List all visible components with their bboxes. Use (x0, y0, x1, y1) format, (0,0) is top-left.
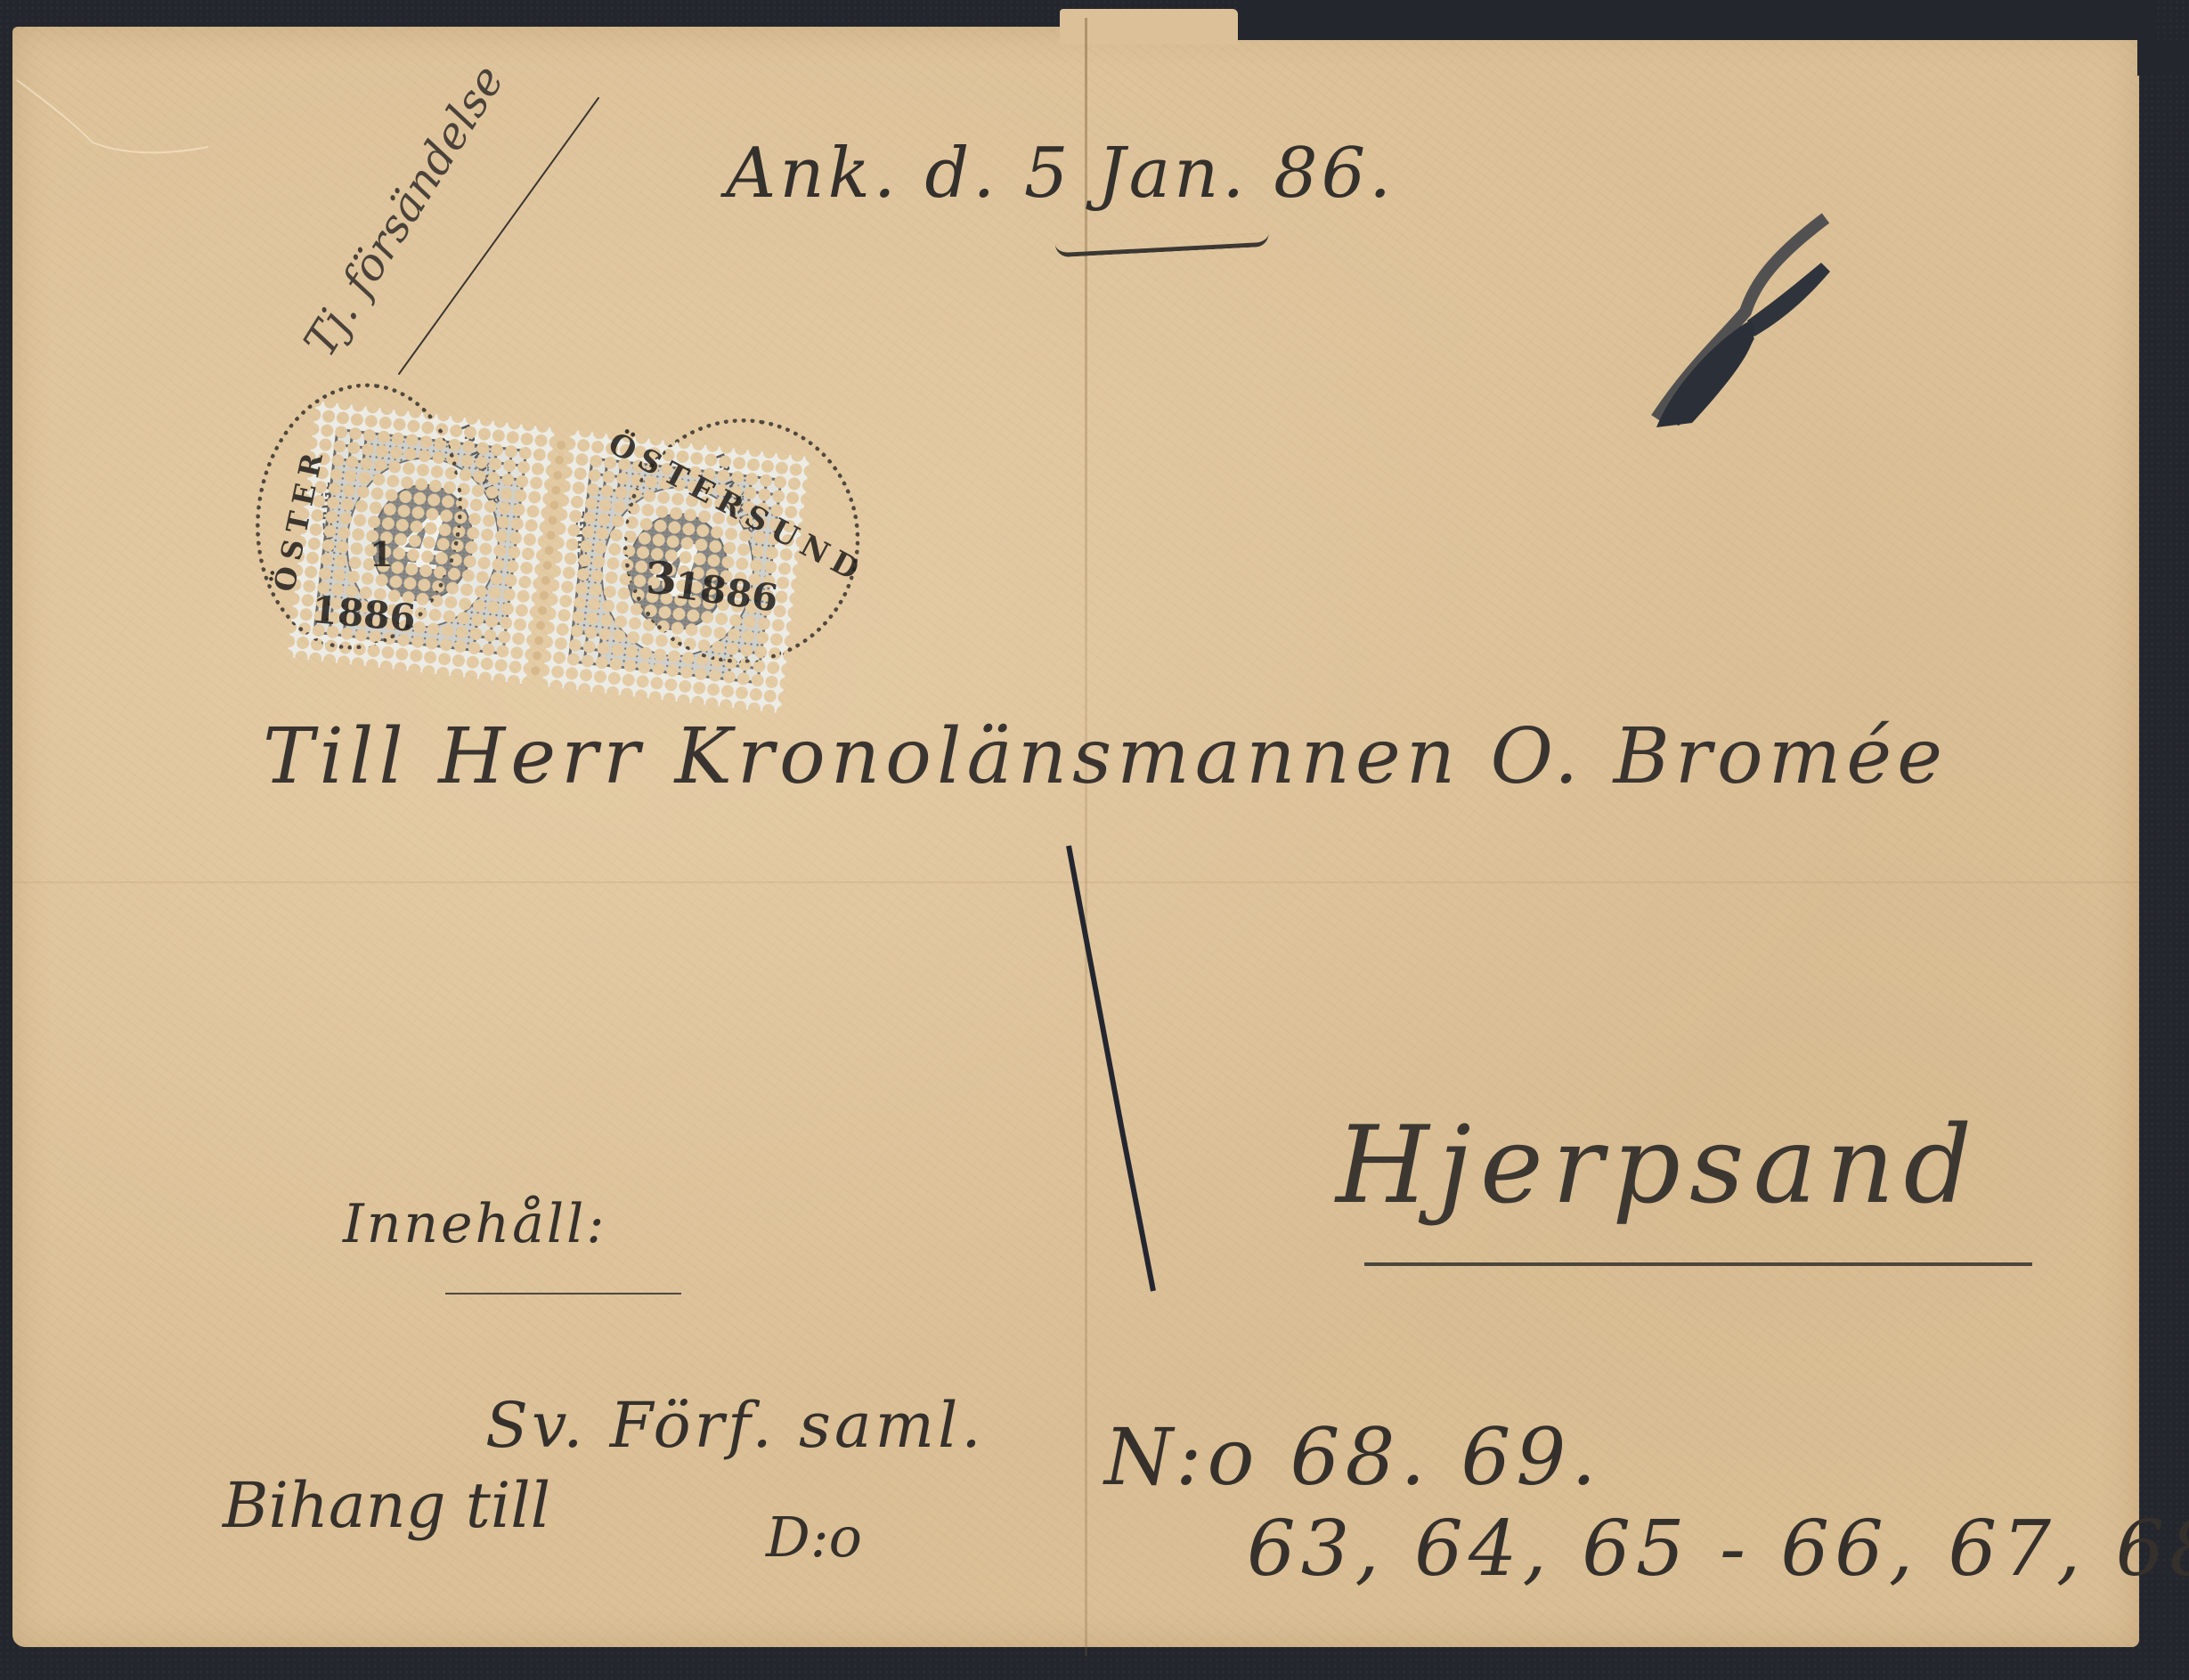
stamp-denomination: 4 (394, 504, 452, 582)
cover-right-edge-notch (2137, 40, 2189, 76)
received-date-note: Ank. d. 5 Jan. 86. (726, 134, 1395, 214)
postmark-left-day: 1 (370, 534, 393, 574)
ink-stroke-mark (1060, 828, 1167, 1309)
destination-underline (1364, 1262, 2032, 1266)
contents-line-2-label: Bihang till (223, 1469, 550, 1542)
contents-line-2-numbers: 63, 64, 65 - 66, 67, 68, 69. (1247, 1505, 2189, 1594)
destination-town: Hjerpsand (1336, 1104, 1981, 1228)
contents-underline (445, 1293, 681, 1294)
contents-line-1-numbers: N:o 68. 69. (1104, 1411, 1601, 1503)
flap-crease-line (12, 62, 235, 160)
rate-mark-ink-blot (1639, 187, 1843, 436)
postmark-right-day: 3 (646, 552, 677, 605)
contents-heading: Innehåll: (343, 1193, 607, 1255)
contents-line-2-ditto: D:o (766, 1505, 862, 1570)
cover-top-edge-notch (1238, 0, 2155, 40)
addressee-line: Till Herr Kronolänsmannen O. Bromée (263, 712, 1948, 801)
contents-line-1-label: Sv. Förf. saml. (485, 1389, 985, 1462)
stamp-4-ore-left: 4 FRIMÄRKE SVERIGE (287, 401, 555, 685)
stamp-inscription-left: SVERIGE (574, 508, 592, 581)
postmark-left-year: 1886 (310, 588, 418, 640)
